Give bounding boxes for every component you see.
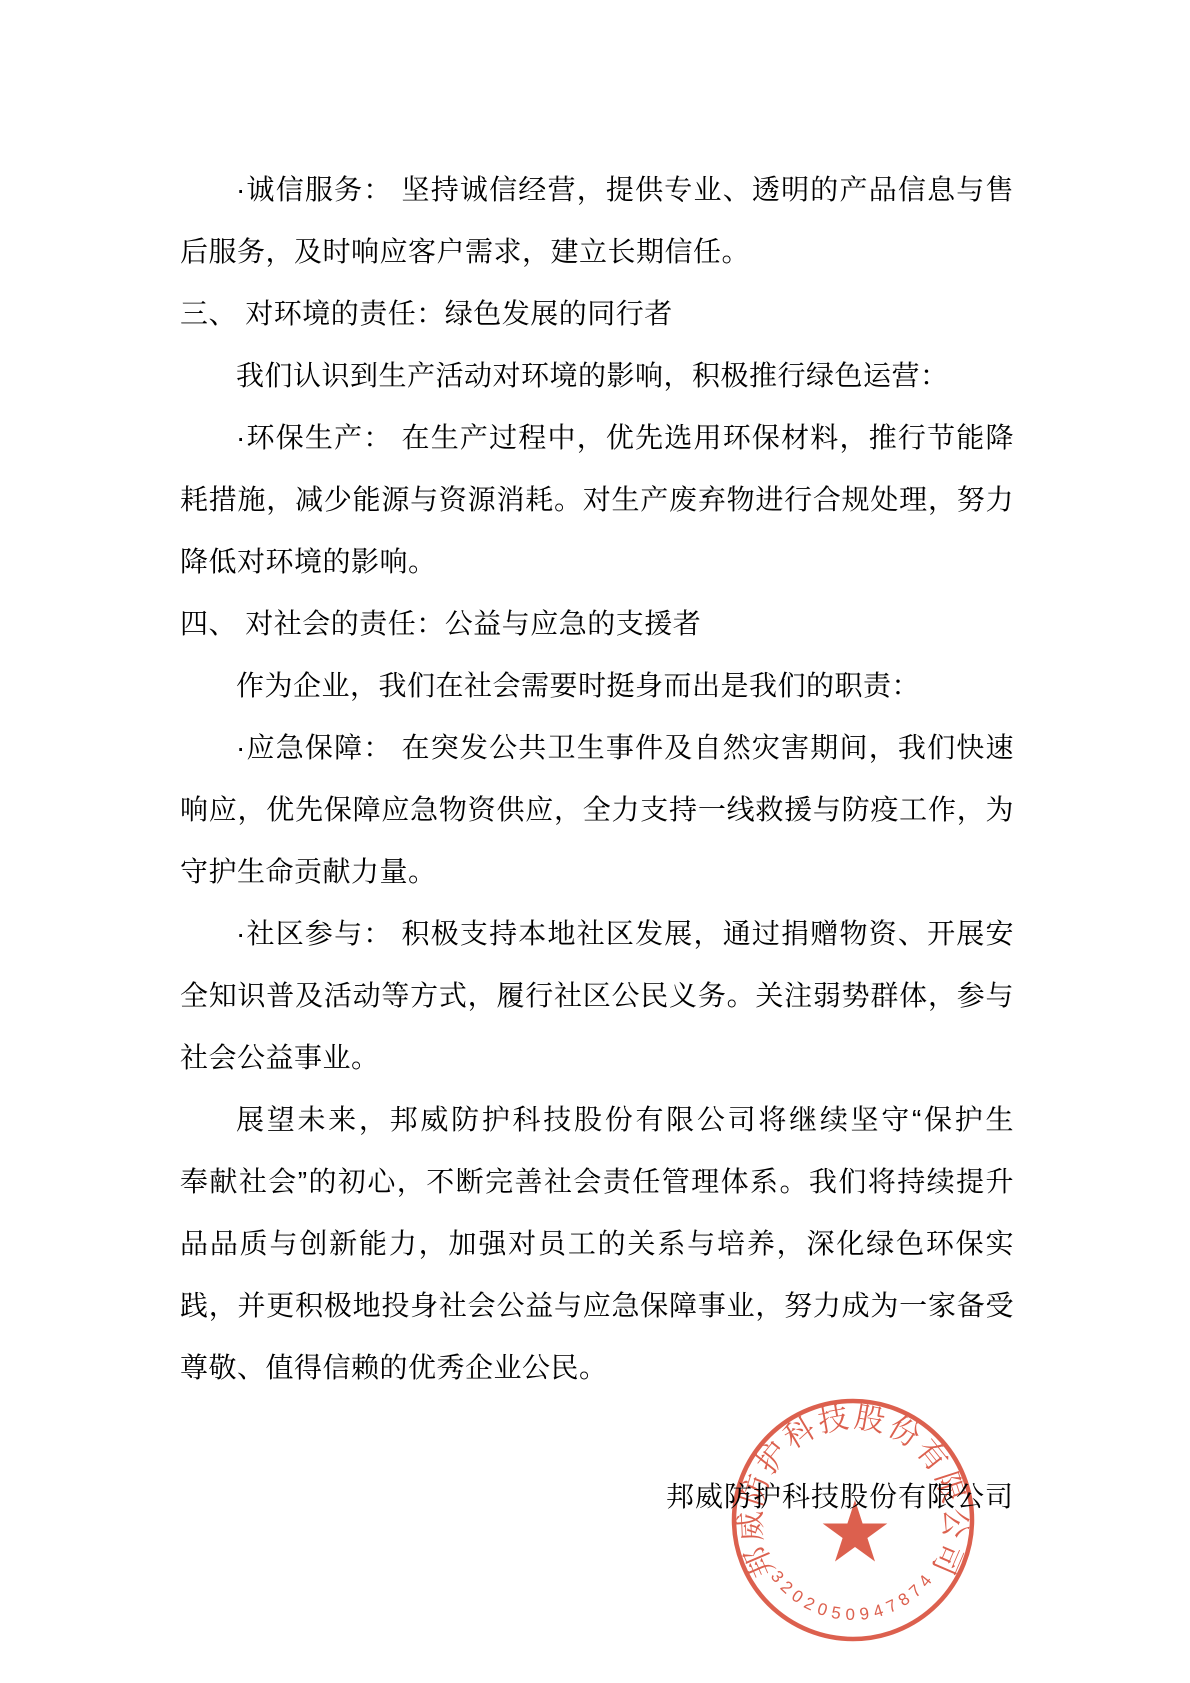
text-line: 践，并更积极地投身社会公益与应急保障事业，努力成为一家备受 (180, 1275, 1014, 1337)
text-line-content: 降低对环境的影响。 (180, 546, 437, 577)
text-line-content: ·社区参与： 积极支持本地社区发展，通过捐赠物资、开展安 (236, 918, 1014, 949)
text-line-content: 守护生命贡献力量。 (180, 856, 437, 887)
text-line: 全知识普及活动等方式，履行社区公民义务。关注弱势群体，参与 (180, 965, 1014, 1027)
svg-text:3202050947874: 3202050947874 (767, 1567, 939, 1624)
text-line: 品品质与创新能力，加强对员工的关系与培养，深化绿色环保实 (180, 1213, 1014, 1275)
text-line: 降低对环境的影响。 (180, 531, 1014, 593)
text-line-content: 展望未来，邦威防护科技股份有限公司将继续坚守“保护生命， (236, 1104, 1014, 1151)
text-line-content: 作为企业，我们在社会需要时挺身而出是我们的职责： (236, 670, 920, 701)
text-line-content: 品品质与创新能力，加强对员工的关系与培养，深化绿色环保实 (180, 1228, 1014, 1259)
text-line-content: 三、 对环境的责任：绿色发展的同行者 (180, 298, 673, 329)
text-line-content: 全知识普及活动等方式，履行社区公民义务。关注弱势群体，参与 (180, 980, 1014, 1011)
text-line: 展望未来，邦威防护科技股份有限公司将继续坚守“保护生命， (180, 1089, 1014, 1151)
text-line-content: ·环保生产： 在生产过程中，优先选用环保材料，推行节能降 (236, 422, 1014, 453)
text-line: 奉献社会”的初心，不断完善社会责任管理体系。我们将持续提升产 (180, 1151, 1014, 1213)
text-line-content: ·诚信服务： 坚持诚信经营，提供专业、透明的产品信息与售 (236, 174, 1014, 205)
text-line: ·诚信服务： 坚持诚信经营，提供专业、透明的产品信息与售 (180, 159, 1014, 221)
text-line-content: ·应急保障： 在突发公共卫生事件及自然灾害期间，我们快速 (236, 732, 1014, 763)
text-line-content: 后服务，及时响应客户需求，建立长期信任。 (180, 236, 750, 267)
text-line-content: 践，并更积极地投身社会公益与应急保障事业，努力成为一家备受 (180, 1290, 1014, 1321)
document-page: ·诚信服务： 坚持诚信经营，提供专业、透明的产品信息与售 后服务，及时响应客户需… (0, 0, 1190, 1683)
text-line: 作为企业，我们在社会需要时挺身而出是我们的职责： (180, 655, 1014, 717)
text-line: 耗措施，减少能源与资源消耗。对生产废弃物进行合规处理，努力 (180, 469, 1014, 531)
text-line: ·社区参与： 积极支持本地社区发展，通过捐赠物资、开展安 (180, 903, 1014, 965)
text-line-content: 奉献社会”的初心，不断完善社会责任管理体系。我们将持续提升产 (180, 1166, 1014, 1213)
text-line: 社会公益事业。 (180, 1027, 1014, 1089)
text-line-content: 四、 对社会的责任：公益与应急的支援者 (180, 608, 701, 639)
text-line: 三、 对环境的责任：绿色发展的同行者 (180, 283, 1014, 345)
text-line: 我们认识到生产活动对环境的影响，积极推行绿色运营： (180, 345, 1014, 407)
text-line-content: 响应，优先保障应急物资供应，全力支持一线救援与防疫工作，为 (180, 794, 1014, 825)
text-line: ·环保生产： 在生产过程中，优先选用环保材料，推行节能降 (180, 407, 1014, 469)
text-line: 响应，优先保障应急物资供应，全力支持一线救援与防疫工作，为 (180, 779, 1014, 841)
document-body: ·诚信服务： 坚持诚信经营，提供专业、透明的产品信息与售 后服务，及时响应客户需… (180, 159, 1014, 1399)
signature-company-name: 邦威防护科技股份有限公司 (666, 1478, 1014, 1516)
text-line: 守护生命贡献力量。 (180, 841, 1014, 903)
text-line: ·应急保障： 在突发公共卫生事件及自然灾害期间，我们快速 (180, 717, 1014, 779)
text-line-content: 社会公益事业。 (180, 1042, 380, 1073)
text-line-content: 尊敬、值得信赖的优秀企业公民。 (180, 1352, 608, 1383)
company-seal: 邦威防护科技股份有限公司 3202050947874 (721, 1390, 985, 1654)
text-line-content: 耗措施，减少能源与资源消耗。对生产废弃物进行合规处理，努力 (180, 484, 1014, 515)
text-line-content: 我们认识到生产活动对环境的影响，积极推行绿色运营： (236, 360, 949, 391)
seal-number-arc-text: 3202050947874 (767, 1567, 939, 1624)
text-line: 四、 对社会的责任：公益与应急的支援者 (180, 593, 1014, 655)
text-line: 后服务，及时响应客户需求，建立长期信任。 (180, 221, 1014, 283)
